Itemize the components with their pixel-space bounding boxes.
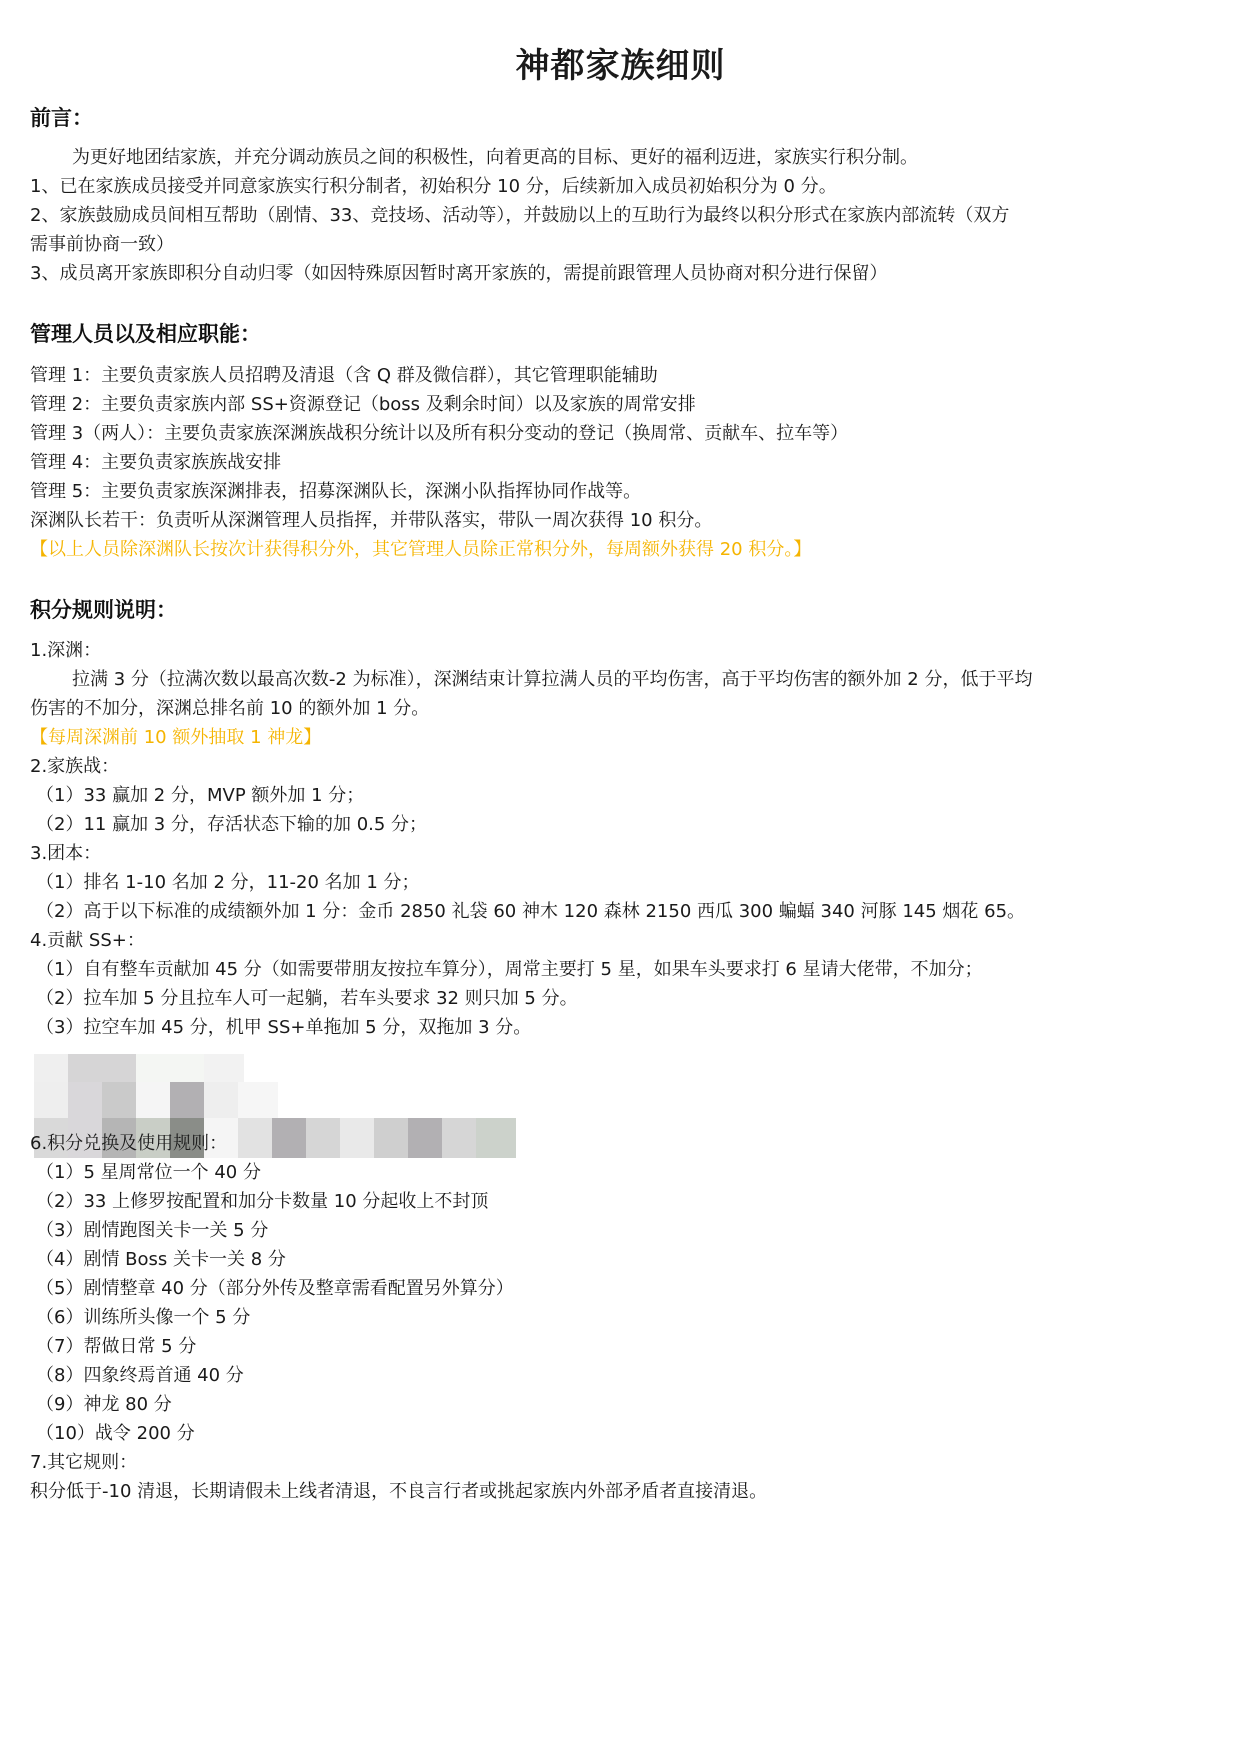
rule-exchange-item-8: （8）四象终焉首通 40 分 — [36, 1361, 1211, 1391]
rule-exchange-item-3: （3）剧情跑图关卡一关 5 分 — [36, 1216, 1211, 1246]
abyss-captain-item: 深渊队长若干：负责听从深渊管理人员指挥，并带队落实，带队一周次获得 10 积分。 — [30, 506, 1211, 536]
rule-team-dungeon-title: 3.团本： — [30, 839, 1211, 869]
rule-family-war-item-2: （2）11 赢加 3 分，存活状态下输的加 0.5 分； — [36, 810, 1211, 840]
rule-team-dungeon-item-1: （1）排名 1-10 名加 2 分，11-20 名加 1 分； — [36, 868, 1211, 898]
management-item-4: 管理 4：主要负责家族族战安排 — [30, 448, 1211, 478]
management-item-2: 管理 2：主要负责家族内部 SS+资源登记（boss 及剩余时间）以及家族的周常… — [30, 390, 1211, 420]
rule-other-text: 积分低于-10 清退，长期请假未上线者清退，不良言行者或挑起家族内外部矛盾者直接… — [30, 1477, 1211, 1507]
rule-abyss-title: 1.深渊： — [30, 636, 1211, 666]
rule-team-dungeon-item-2: （2）高于以下标准的成绩额外加 1 分：金币 2850 礼袋 60 神木 120… — [36, 897, 1211, 927]
preface-item-2-cont: 需事前协商一致） — [30, 230, 1211, 260]
rules-heading: 积分规则说明： — [30, 594, 177, 624]
preface-item-1: 1、已在家族成员接受并同意家族实行积分制者，初始积分 10 分，后续新加入成员初… — [30, 172, 1211, 202]
preface-intro: 为更好地团结家族，并充分调动族员之间的积极性，向着更高的目标、更好的福利迈进，家… — [30, 143, 1211, 173]
rule-family-war-item-1: （1）33 赢加 2 分，MVP 额外加 1 分； — [36, 781, 1211, 811]
management-item-1: 管理 1：主要负责家族人员招聘及清退（含 Q 群及微信群），其它管理职能辅助 — [30, 361, 1211, 391]
management-item-3: 管理 3（两人）：主要负责家族深渊族战积分统计以及所有积分变动的登记（换周常、贡… — [30, 419, 1211, 449]
document-title: 神都家族细则 — [0, 38, 1241, 87]
rule-contribute-item-2: （2）拉车加 5 分且拉车人可一起躺，若车头要求 32 则只加 5 分。 — [36, 984, 1211, 1014]
rule-exchange-item-1: （1）5 星周常位一个 40 分 — [36, 1158, 1211, 1188]
rule-exchange-item-2: （2）33 上修罗按配置和加分卡数量 10 分起收上不封顶 — [36, 1187, 1211, 1217]
rule-other-title: 7.其它规则： — [30, 1448, 1211, 1478]
rule-exchange-item-5: （5）剧情整章 40 分（部分外传及整章需看配置另外算分） — [36, 1274, 1211, 1304]
rule-exchange-item-6: （6）训练所头像一个 5 分 — [36, 1303, 1211, 1333]
rule-exchange-item-4: （4）剧情 Boss 关卡一关 8 分 — [36, 1245, 1211, 1275]
rule-exchange-item-10: （10）战令 200 分 — [36, 1419, 1211, 1449]
preface-item-2: 2、家族鼓励成员间相互帮助（剧情、33、竞技场、活动等），并鼓励以上的互助行为最… — [30, 201, 1211, 231]
rule-contribute-item-1: （1）自有整车贡献加 45 分（如需要带朋友按拉车算分），周常主要打 5 星，如… — [36, 955, 1211, 985]
rule-exchange-title: 6.积分兑换及使用规则： — [30, 1129, 1211, 1159]
rule-abyss-line-1: 拉满 3 分（拉满次数以最高次数-2 为标准），深渊结束计算拉满人员的平均伤害，… — [30, 665, 1211, 695]
preface-heading: 前言： — [30, 102, 93, 132]
management-highlight: 【以上人员除深渊队长按次计获得积分外，其它管理人员除正常积分外，每周额外获得 2… — [30, 535, 1211, 565]
rule-abyss-highlight: 【每周深渊前 10 额外抽取 1 神龙】 — [30, 723, 1211, 753]
rule-contribute-item-3: （3）拉空车加 45 分，机甲 SS+单拖加 5 分，双拖加 3 分。 — [36, 1013, 1211, 1043]
management-heading: 管理人员以及相应职能： — [30, 318, 261, 348]
management-item-5: 管理 5：主要负责家族深渊排表，招募深渊队长，深渊小队指挥协同作战等。 — [30, 477, 1211, 507]
document-page: 神都家族细则 前言： 为更好地团结家族，并充分调动族员之间的积极性，向着更高的目… — [0, 0, 1241, 1755]
rule-family-war-title: 2.家族战： — [30, 752, 1211, 782]
rule-contribute-title: 4.贡献 SS+： — [30, 926, 1211, 956]
rule-exchange-item-7: （7）帮做日常 5 分 — [36, 1332, 1211, 1362]
preface-item-3: 3、成员离开家族即积分自动归零（如因特殊原因暂时离开家族的，需提前跟管理人员协商… — [30, 259, 1211, 289]
rule-abyss-line-2: 伤害的不加分，深渊总排名前 10 的额外加 1 分。 — [30, 694, 1211, 724]
rule-exchange-item-9: （9）神龙 80 分 — [36, 1390, 1211, 1420]
